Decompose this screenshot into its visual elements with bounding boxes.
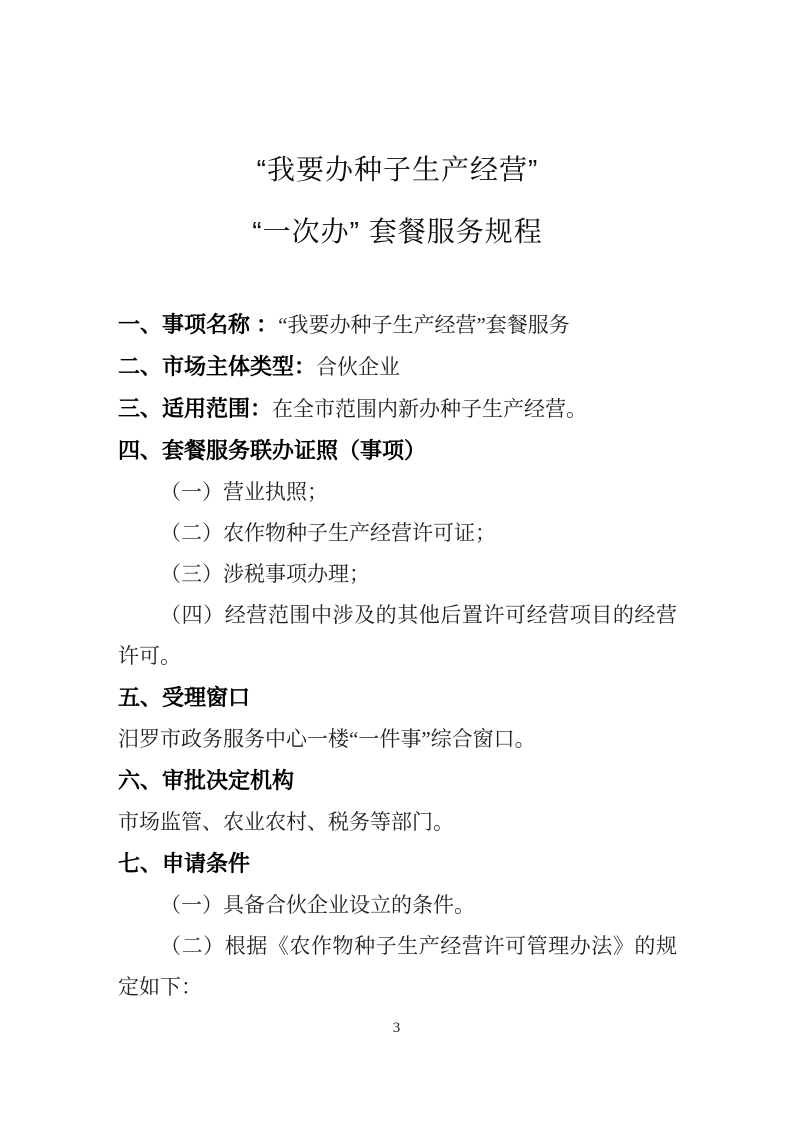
- section-5-label: 五、受理窗口: [118, 685, 250, 710]
- section-5-text: 汨罗市政务服务中心一楼“一件事”综合窗口。: [118, 727, 536, 751]
- document-body: 一、事项名称 ：“我要办种子生产经营”套餐服务 二、市场主体类型：合伙企业 三、…: [118, 304, 677, 1008]
- section-7-conditions-heading: 七、申请条件: [118, 843, 677, 885]
- section-4-item-2-text: （二）农作物种子生产经营许可证；: [160, 521, 496, 545]
- section-4-item-4: （四）经营范围中涉及的其他后置许可经营项目的经营许可。: [118, 595, 677, 677]
- page-number: 3: [0, 1020, 793, 1037]
- section-4-item-1: （一）营业执照；: [118, 472, 677, 513]
- section-4-item-3: （三）涉税事项办理；: [118, 554, 677, 595]
- section-6-authority-text: 市场监管、农业农村、税务等部门。: [118, 802, 677, 843]
- section-3-label: 三、适用范围：: [118, 396, 272, 421]
- document-title: “我要办种子生产经营” “一次办” 套餐服务规程: [118, 139, 677, 263]
- section-3-text: 在全市范围内新办种子生产经营。: [272, 397, 587, 421]
- section-3-scope: 三、适用范围：在全市范围内新办种子生产经营。: [118, 388, 677, 430]
- document-page: “我要办种子生产经营” “一次办” 套餐服务规程 一、事项名称 ：“我要办种子生…: [0, 0, 793, 1122]
- section-7-item-1-text: （一）具备合伙企业设立的条件。: [160, 893, 475, 917]
- document-content: “我要办种子生产经营” “一次办” 套餐服务规程 一、事项名称 ：“我要办种子生…: [0, 139, 793, 1008]
- section-7-label: 七、申请条件: [118, 851, 250, 876]
- document-title-line-1: “我要办种子生产经营”: [118, 139, 677, 201]
- section-1-item-name: 一、事项名称 ：“我要办种子生产经营”套餐服务: [118, 304, 677, 346]
- section-4-item-2: （二）农作物种子生产经营许可证；: [118, 513, 677, 554]
- section-4-label: 四、套餐服务联办证照（事项）: [118, 438, 426, 463]
- section-4-item-1-text: （一）营业执照；: [160, 480, 328, 504]
- section-2-label: 二、市场主体类型：: [118, 354, 316, 379]
- section-6-label: 六、审批决定机构: [118, 768, 294, 793]
- section-1-label: 一、事项名称 ：: [118, 312, 278, 337]
- section-5-window-text: 汨罗市政务服务中心一楼“一件事”综合窗口。: [118, 719, 677, 760]
- section-6-text: 市场监管、农业农村、税务等部门。: [118, 810, 454, 834]
- section-2-text: 合伙企业: [316, 355, 400, 379]
- section-1-text: “我要办种子生产经营”套餐服务: [278, 313, 570, 337]
- document-title-line-2: “一次办” 套餐服务规程: [118, 201, 677, 263]
- section-7-item-2: （二）根据《农作物种子生产经营许可管理办法》的规定如下：: [118, 926, 677, 1008]
- section-4-item-3-text: （三）涉税事项办理；: [160, 562, 370, 586]
- section-6-authority-heading: 六、审批决定机构: [118, 760, 677, 802]
- section-7-item-1: （一）具备合伙企业设立的条件。: [118, 885, 677, 926]
- section-2-entity-type: 二、市场主体类型：合伙企业: [118, 346, 677, 388]
- section-5-window-heading: 五、受理窗口: [118, 677, 677, 719]
- section-7-item-2-text: （二）根据《农作物种子生产经营许可管理办法》的规定如下：: [118, 934, 677, 999]
- section-4-item-4-text: （四）经营范围中涉及的其他后置许可经营项目的经营许可。: [118, 603, 677, 668]
- section-4-licenses-heading: 四、套餐服务联办证照（事项）: [118, 430, 677, 472]
